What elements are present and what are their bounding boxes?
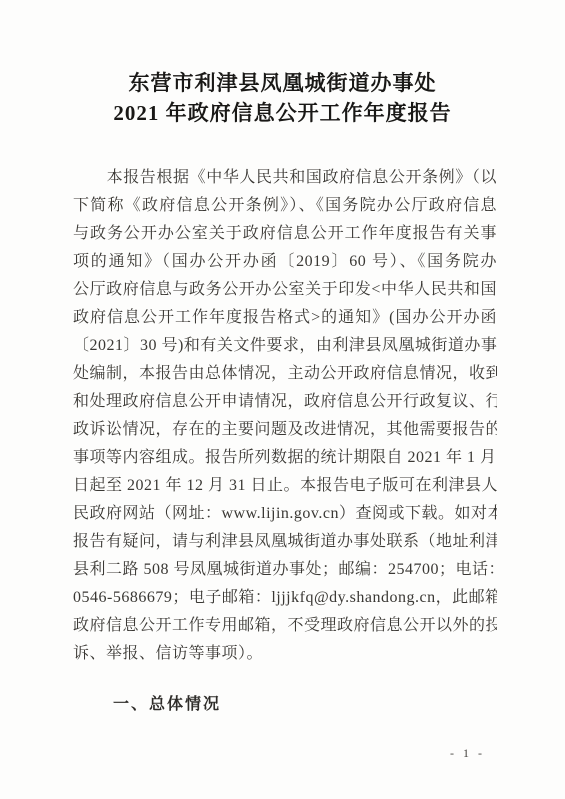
body-line: 政府信息公开工作年度报告格式>的通知》(国办公开办函 bbox=[73, 304, 497, 332]
body-line: 本报告根据《中华人民共和国政府信息公开条例》（以 bbox=[73, 164, 497, 192]
document-page: 东营市利津县凤凰城街道办事处 2021 年政府信息公开工作年度报告 本报告根据《… bbox=[0, 0, 565, 799]
body-line: 诉、举报、信访等事项）。 bbox=[73, 640, 497, 668]
body-line: 政诉讼情况，存在的主要问题及改进情况，其他需要报告的 bbox=[73, 416, 497, 444]
title-line-1: 东营市利津县凤凰城街道办事处 bbox=[0, 68, 565, 98]
body-line: 〔2021〕30 号)和有关文件要求，由利津县凤凰城街道办事 bbox=[73, 332, 497, 360]
body-line: 与政务公开办公室关于政府信息公开工作年度报告有关事 bbox=[73, 220, 497, 248]
body-line: 日起至 2021 年 12 月 31 日止。本报告电子版可在利津县人 bbox=[73, 472, 497, 500]
body-line: 事项等内容组成。报告所列数据的统计期限自 2021 年 1 月 1 bbox=[73, 444, 497, 472]
page-number: - 1 - bbox=[450, 746, 485, 761]
body-line: 项的通知》（国办公开办函〔2019〕60 号）、《国务院办 bbox=[73, 248, 497, 276]
body-line: 报告有疑问，请与利津县凤凰城街道办事处联系（地址利津 bbox=[73, 528, 497, 556]
body-line: 处编制，本报告由总体情况，主动公开政府信息情况，收到 bbox=[73, 360, 497, 388]
body-paragraph: 本报告根据《中华人民共和国政府信息公开条例》（以 下简称《政府信息公开条例》）、… bbox=[73, 164, 497, 668]
body-line: 和处理政府信息公开申请情况，政府信息公开行政复议、行 bbox=[73, 388, 497, 416]
body-line: 政府信息公开工作专用邮箱，不受理政府信息公开以外的投 bbox=[73, 612, 497, 640]
body-line: 民政府网站（网址：www.lijin.gov.cn）查阅或下载。如对本 bbox=[73, 500, 497, 528]
body-line: 公厅政府信息与政务公开办公室关于印发<中华人民共和国 bbox=[73, 276, 497, 304]
section-heading-overall-situation: 一、总体情况 bbox=[73, 694, 497, 716]
body-line: 县利二路 508 号凤凰城街道办事处；邮编：254700；电话： bbox=[73, 556, 497, 584]
body-line: 0546-5686679；电子邮箱：ljjjkfq@dy.shandong.cn… bbox=[73, 584, 497, 612]
title-line-2: 2021 年政府信息公开工作年度报告 bbox=[0, 98, 565, 128]
document-title: 东营市利津县凤凰城街道办事处 2021 年政府信息公开工作年度报告 bbox=[0, 0, 565, 128]
body-line: 下简称《政府信息公开条例》）、《国务院办公厅政府信息 bbox=[73, 192, 497, 220]
